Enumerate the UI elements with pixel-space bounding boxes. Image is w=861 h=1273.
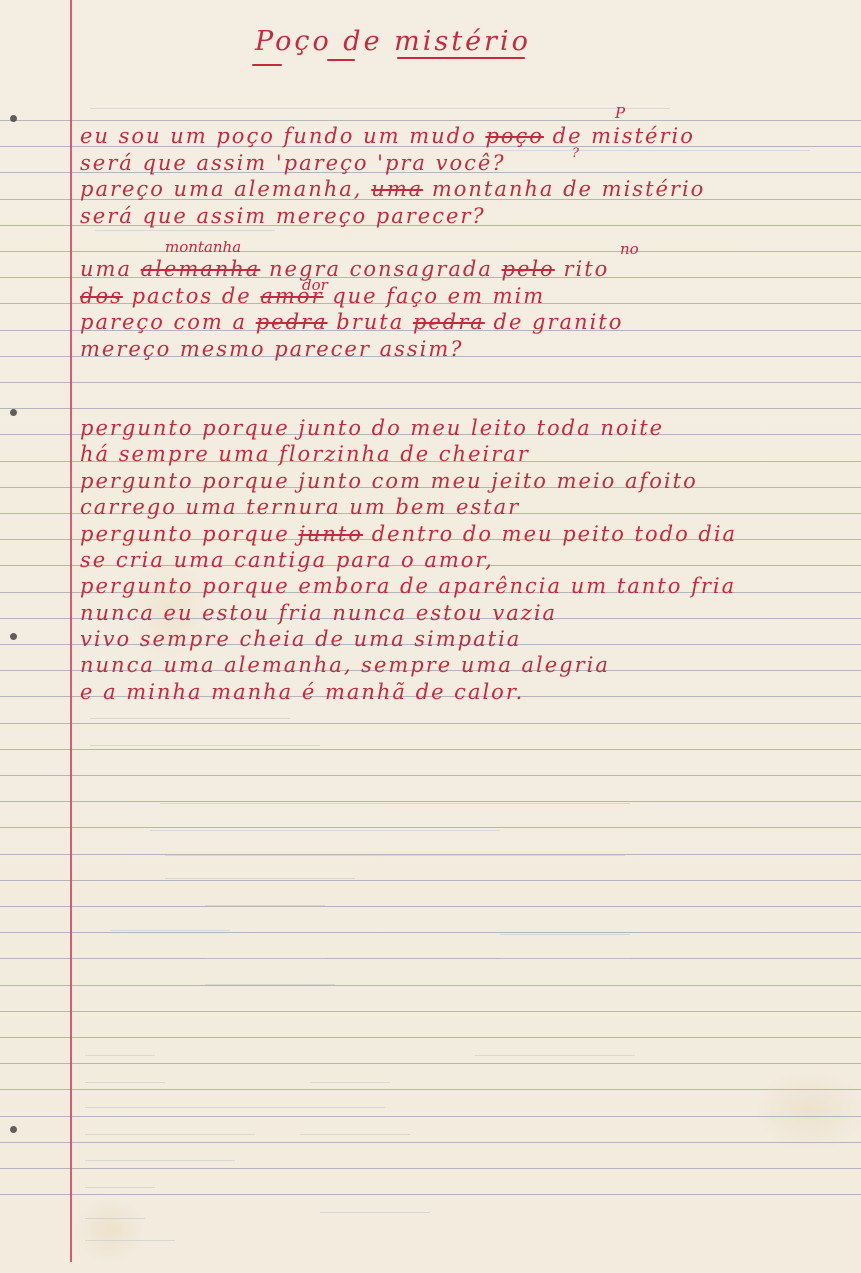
lyric-line: nunca uma alemanha, sempre uma alegria xyxy=(80,653,610,677)
rule-line xyxy=(0,1037,861,1038)
notebook-page: Poço de mistério eu sou um poço fundo um… xyxy=(0,0,861,1273)
rule-line xyxy=(0,880,861,881)
lyric-text: eu sou um poço fundo um mudo xyxy=(80,124,477,148)
lyric-text: que faço em mim xyxy=(332,284,545,308)
lyric-line: nunca eu estou fria nunca estou vazia xyxy=(80,601,557,625)
rule-line xyxy=(0,801,861,802)
lyric-text: será que assim mereço parecer? xyxy=(80,204,486,228)
lyric-line: e a minha manha é manhã de calor. xyxy=(80,680,524,704)
insertion-note: dor xyxy=(302,276,328,294)
lyric-text: bruta xyxy=(336,310,404,334)
insertion-note: montanha xyxy=(165,238,241,256)
rule-line xyxy=(0,1194,861,1195)
rule-line xyxy=(0,1063,861,1064)
lyric-line: eu sou um poço fundo um mudo poço de mis… xyxy=(80,124,695,148)
title-underline xyxy=(397,57,525,59)
struck-word: poço xyxy=(485,124,544,148)
rule-line xyxy=(0,749,861,750)
rule-line xyxy=(0,985,861,986)
rule-line xyxy=(0,382,861,383)
rule-line xyxy=(0,906,861,907)
struck-word: pedra xyxy=(256,310,328,334)
rule-line xyxy=(0,1116,861,1117)
rule-line xyxy=(0,1142,861,1143)
insertion-note: P xyxy=(615,104,625,122)
struck-word: pelo xyxy=(502,257,555,281)
lyric-line: uma alemanha negra consagrada pelo rito xyxy=(80,257,609,281)
rule-line xyxy=(0,1089,861,1090)
lyric-line: vivo sempre cheia de uma simpatia xyxy=(80,627,521,651)
lyric-line: pergunto porque embora de aparência um t… xyxy=(80,574,736,598)
struck-word: alemanha xyxy=(141,257,261,281)
lyric-line: carrego uma ternura um bem estar xyxy=(80,495,520,519)
page-title: Poço de mistério xyxy=(255,26,531,57)
binder-hole-mark xyxy=(10,633,17,640)
lyric-line: será que assim mereço parecer? xyxy=(80,204,486,228)
rule-line xyxy=(0,1011,861,1012)
rule-line xyxy=(0,827,861,828)
struck-word: uma xyxy=(371,177,423,201)
lyric-text: pergunto porque xyxy=(80,522,290,546)
title-underline xyxy=(327,59,355,61)
rule-line xyxy=(0,1168,861,1169)
lyric-line: se cria uma cantiga para o amor, xyxy=(80,548,494,572)
rule-line xyxy=(0,958,861,959)
lyric-text: rito xyxy=(563,257,609,281)
lyric-line: será que assim 'pareço 'pra você? xyxy=(80,151,506,175)
lyric-text: pareço uma alemanha, xyxy=(80,177,362,201)
rule-line xyxy=(0,723,861,724)
struck-word: junto xyxy=(298,522,363,546)
struck-word: pedra xyxy=(413,310,485,334)
lyric-line: pareço com a pedra bruta pedra de granit… xyxy=(80,310,623,334)
lyric-line: pergunto porque junto com meu jeito meio… xyxy=(80,469,698,493)
rule-line xyxy=(0,120,861,121)
lyric-line: há sempre uma florzinha de cheirar xyxy=(80,442,530,466)
lyric-text: de mistério xyxy=(553,124,695,148)
lyric-line: mereço mesmo parecer assim? xyxy=(80,337,464,361)
lyric-text: montanha de mistério xyxy=(432,177,706,201)
lyric-text: uma xyxy=(80,257,132,281)
insertion-note: no xyxy=(620,240,639,258)
lyric-text: de granito xyxy=(494,310,624,334)
binder-hole-mark xyxy=(10,1126,17,1133)
lyric-line: pergunto porque junto dentro do meu peit… xyxy=(80,522,737,546)
rule-line xyxy=(0,251,861,252)
question-mark-note: ? xyxy=(572,146,579,161)
lyric-line: pareço uma alemanha, uma montanha de mis… xyxy=(80,177,705,201)
rule-line xyxy=(0,775,861,776)
lyric-line: pergunto porque junto do meu leito toda … xyxy=(80,416,664,440)
title-underline xyxy=(252,64,282,66)
binder-hole-mark xyxy=(10,115,17,122)
struck-word: dos xyxy=(80,284,123,308)
lyric-text: pactos de xyxy=(132,284,252,308)
lyric-text: pareço com a xyxy=(80,310,247,334)
rule-line xyxy=(0,932,861,933)
margin-line xyxy=(70,0,72,1262)
binder-hole-mark xyxy=(10,409,17,416)
lyric-text: dentro do meu peito todo dia xyxy=(372,522,737,546)
lyric-text: será que assim 'pareço 'pra você? xyxy=(80,151,506,175)
lyric-text: mereço mesmo parecer assim? xyxy=(80,337,464,361)
rule-line xyxy=(0,408,861,409)
